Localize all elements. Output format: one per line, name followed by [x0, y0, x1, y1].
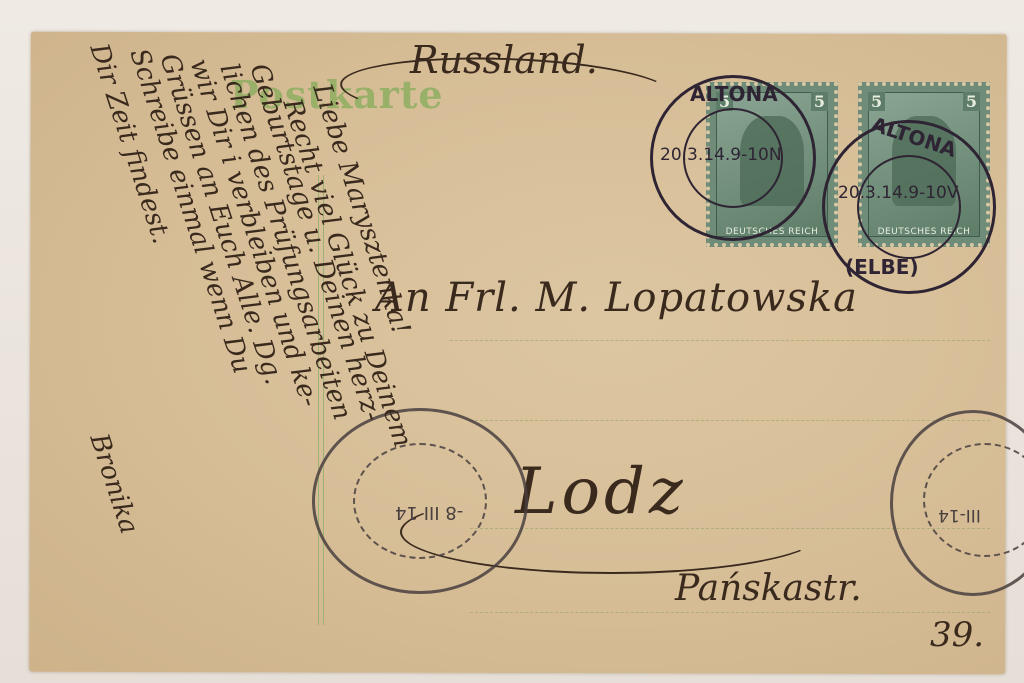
destination-country: Russland.: [410, 38, 598, 82]
recipient-street: Pańskastr.: [675, 568, 862, 609]
postmark-region: (ELBE): [845, 255, 919, 279]
stamp-denomination: 5: [868, 92, 885, 111]
postmark-datetime: 20.3.14.9-10N: [660, 145, 782, 165]
address-rule: [450, 340, 990, 341]
stamp-denomination: 5: [963, 92, 980, 111]
lodz-arrival-postmark: [312, 408, 528, 594]
address-rule: [470, 420, 990, 421]
recipient-city: Lodz: [515, 455, 687, 529]
postmark-datetime: 20.3.14.9-10V: [838, 183, 959, 203]
postmark-date: III-14: [938, 505, 981, 525]
postmark-date: -8 III 14: [395, 502, 463, 523]
address-rule: [470, 612, 990, 613]
stamp-denomination: 5: [811, 92, 828, 111]
recipient-house-number: 39.: [930, 615, 984, 655]
recipient-name: An Frl. M. Lopatowska: [375, 275, 858, 321]
postmark-city: ALTONA: [690, 82, 778, 106]
